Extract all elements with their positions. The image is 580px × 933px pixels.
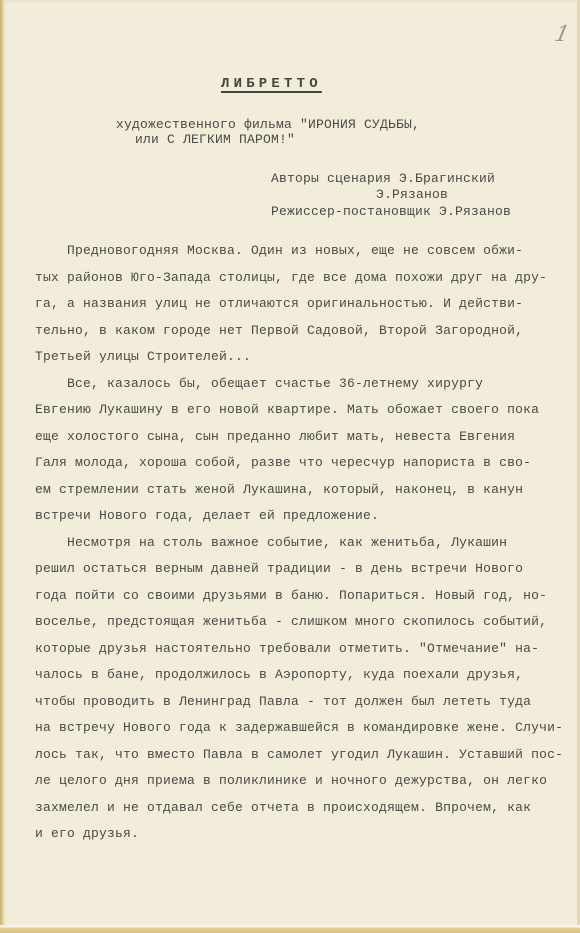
body-line: чалось в бане, продолжилось в Аэропорту,… bbox=[35, 667, 523, 682]
body-line: встречи Нового года, делает ей предложен… bbox=[35, 508, 379, 523]
body-line: лось так, что вместо Павла в самолет уго… bbox=[35, 747, 563, 762]
credit-screenwriter-2: Э.Рязанов bbox=[376, 187, 448, 202]
body-line: Все, казалось бы, обещает счастье 36-лет… bbox=[35, 376, 483, 391]
body-line: чтобы проводить в Ленинград Павла - тот … bbox=[35, 694, 531, 709]
paper-edge-bottom bbox=[0, 925, 580, 933]
body-line: решил остаться верным давней традиции - … bbox=[35, 561, 523, 576]
body-line: ем стремлении стать женой Лукашина, кото… bbox=[35, 482, 523, 497]
body-line: которые друзья настоятельно требовали от… bbox=[35, 641, 539, 656]
document-page: 1 ЛИБРЕТТО художественного фильма "ИРОНИ… bbox=[0, 0, 580, 933]
credit-screenwriters: Авторы сценария Э.Брагинский bbox=[271, 171, 495, 186]
body-line: еще холостого сына, сын преданно любит м… bbox=[35, 429, 515, 444]
subtitle-line: художественного фильма "ИРОНИЯ СУДЬБЫ, bbox=[116, 117, 420, 132]
body-line: тельно, в каком городе нет Первой Садово… bbox=[35, 323, 523, 338]
body-line: года пойти со своими друзьями в баню. По… bbox=[35, 588, 547, 603]
body-line: Несмотря на столь важное событие, как же… bbox=[35, 535, 507, 550]
body-line: Галя молода, хороша собой, разве что чер… bbox=[35, 455, 531, 470]
paper-edge-left bbox=[0, 0, 5, 933]
handwritten-page-number: 1 bbox=[552, 22, 571, 47]
body-line: ле целого дня приема в поликлинике и ноч… bbox=[35, 773, 547, 788]
body-line: Евгению Лукашину в его новой квартире. М… bbox=[35, 402, 539, 417]
body-line: тых районов Юго-Запада столицы, где все … bbox=[35, 270, 547, 285]
body-line: га, а названия улиц не отличаются оригин… bbox=[35, 296, 523, 311]
body-line: Предновогодняя Москва. Один из новых, ещ… bbox=[35, 243, 523, 258]
body-line: Третьей улицы Строителей... bbox=[35, 349, 251, 364]
document-title: ЛИБРЕТТО bbox=[221, 76, 322, 92]
body-line: и его друзья. bbox=[35, 826, 139, 841]
subtitle-line: или С ЛЕГКИМ ПАРОМ!" bbox=[135, 132, 295, 147]
body-line: воселье, предстоящая женитьба - слишком … bbox=[35, 614, 547, 629]
paper-edge-top bbox=[0, 0, 580, 4]
body-line: захмелел и не отдавал себе отчета в прои… bbox=[35, 800, 531, 815]
body-line: на встречу Нового года к задержавшейся в… bbox=[35, 720, 563, 735]
credit-director: Режиссер-постановщик Э.Рязанов bbox=[271, 204, 511, 219]
